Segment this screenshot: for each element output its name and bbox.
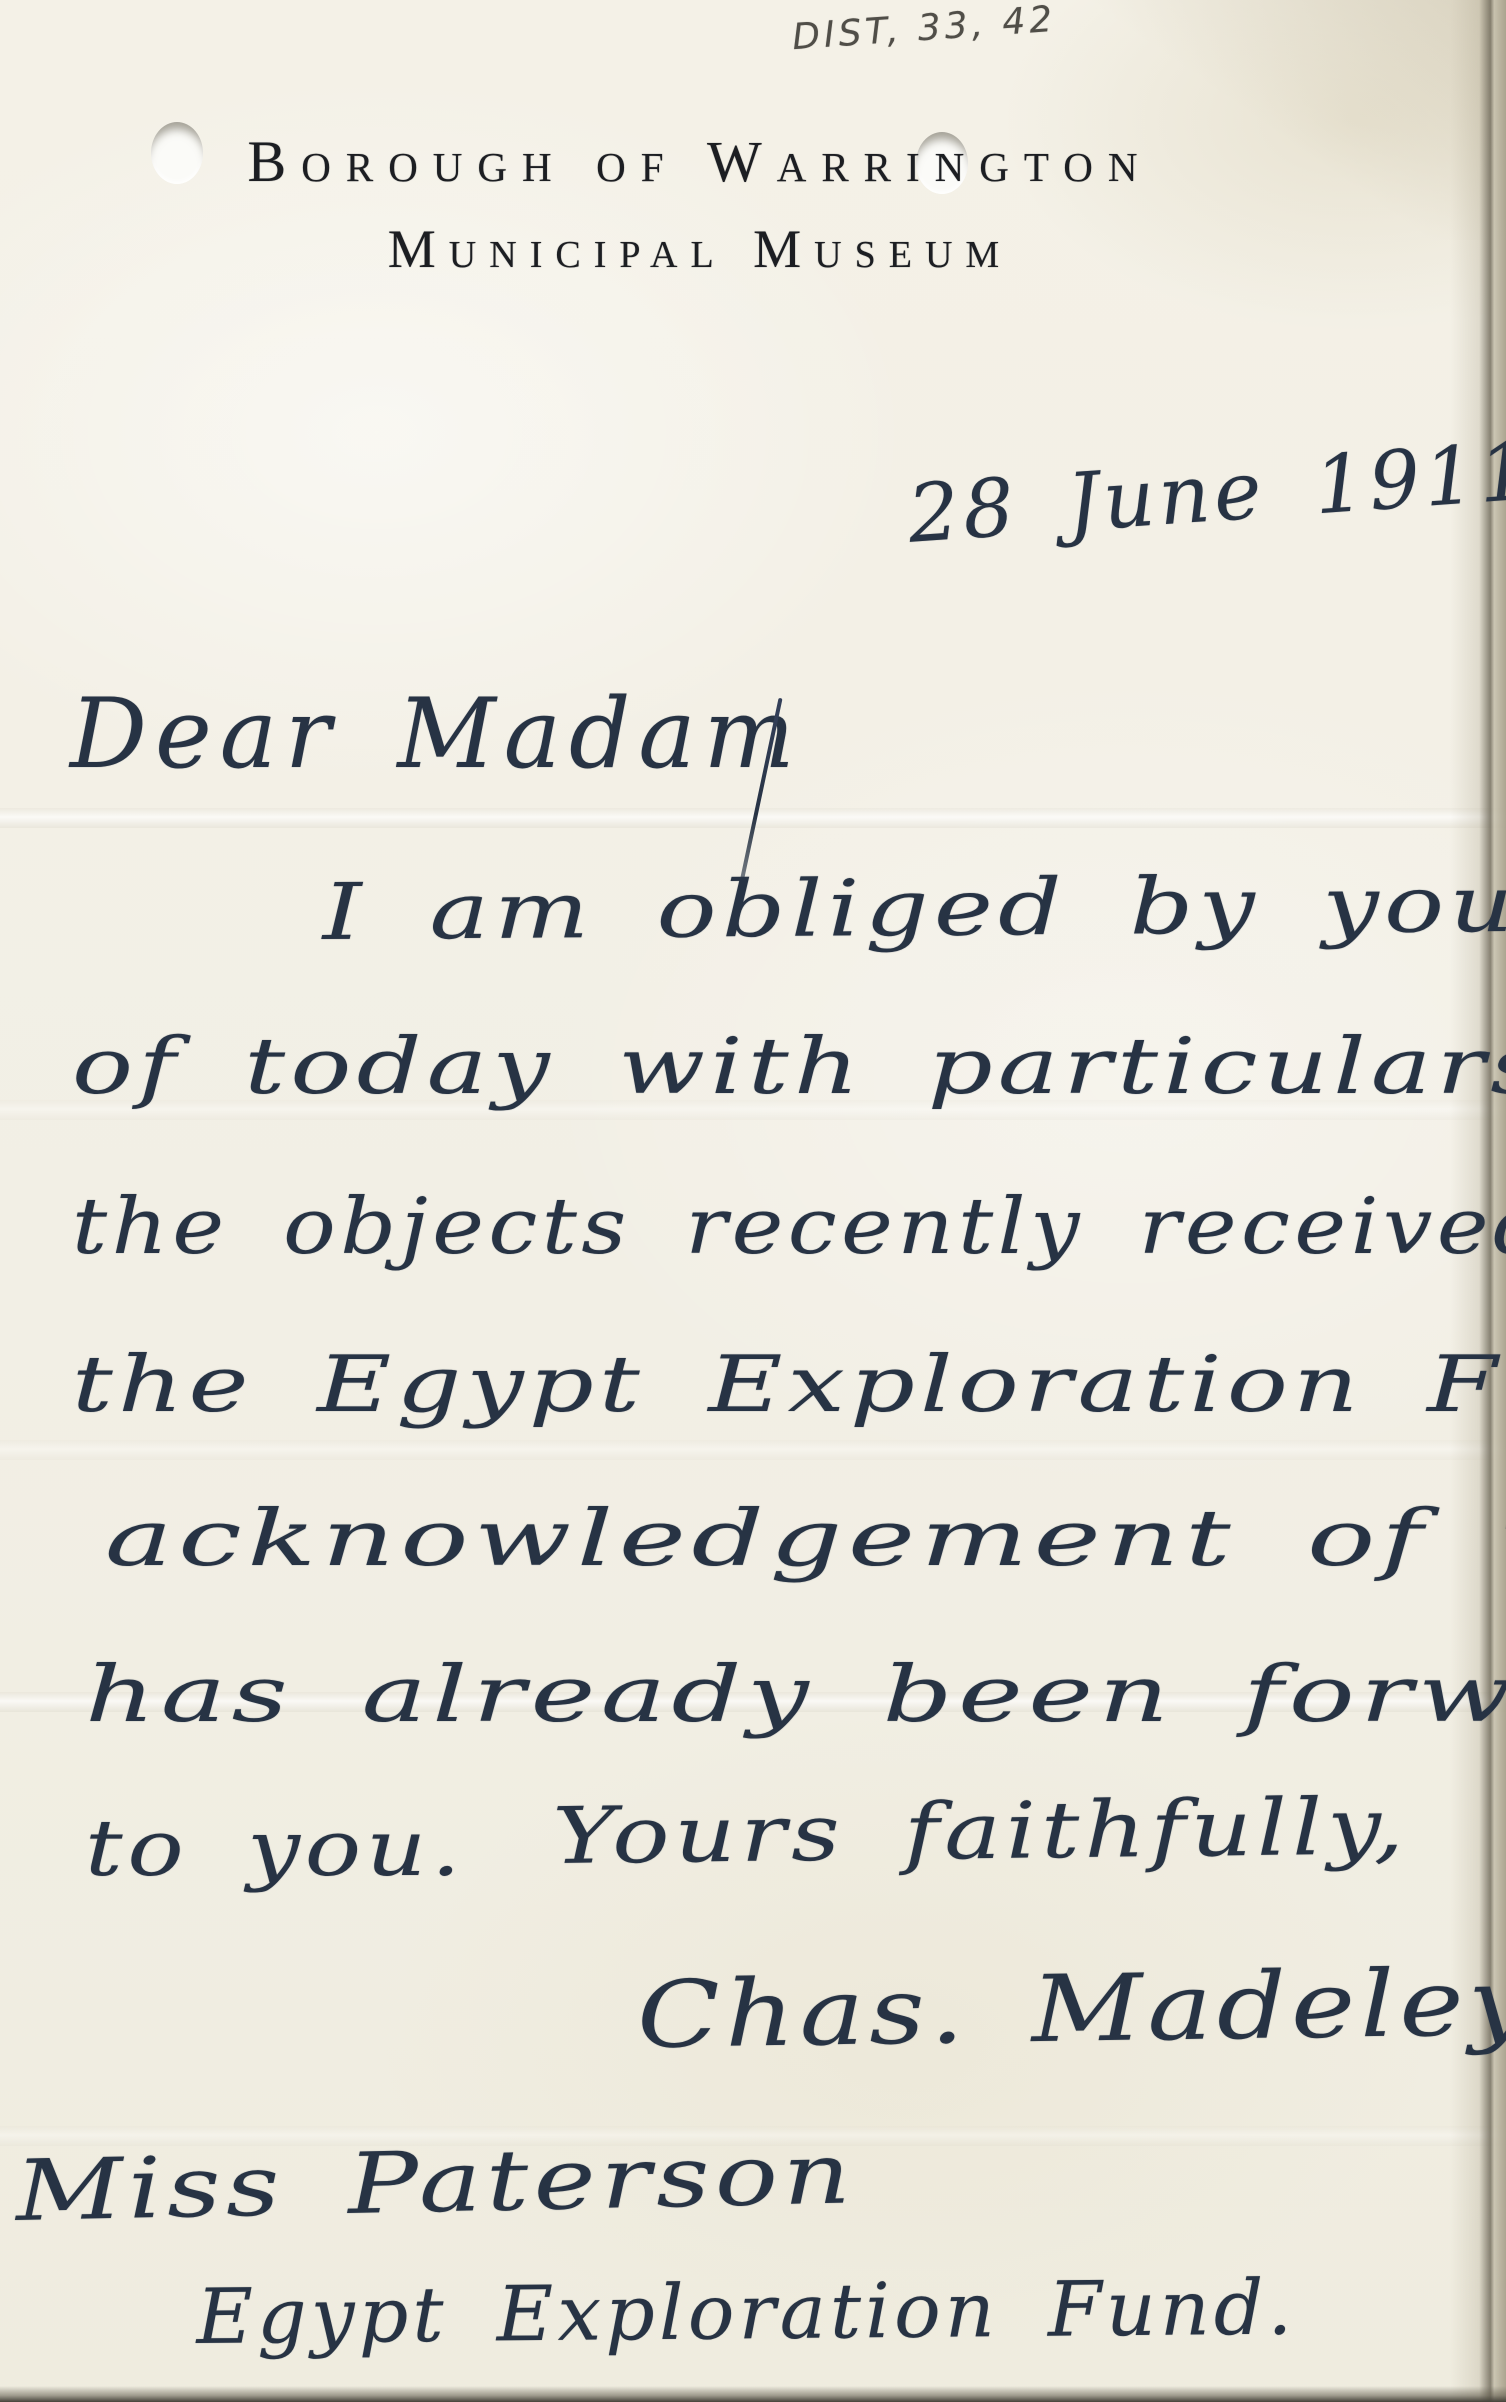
archival-note: DIST, 33, 42 <box>791 0 1058 58</box>
letterhead-museum: Municipal Museum <box>0 218 1400 280</box>
recipient-name: Miss Paterson <box>14 2124 857 2240</box>
recipient-organisation: Egypt Exploration Fund. <box>196 2263 1297 2361</box>
body-line: the objects recently received from <box>72 1182 1506 1272</box>
crease-line <box>0 1440 1506 1460</box>
closing: Yours faithfully, <box>552 1782 1409 1882</box>
salutation: Dear Madam <box>70 678 803 790</box>
corner-shade <box>1086 0 1506 240</box>
letterhead-borough: Borough of Warrington <box>0 128 1400 195</box>
body-line: of today with particulars of <box>72 1022 1506 1112</box>
body-line: the Egypt Exploration Fund. <box>72 1340 1506 1430</box>
signature: Chas. Madeley. <box>636 1948 1506 2069</box>
date-line: 28 June 1911. <box>905 422 1506 561</box>
body-line: acknowledgement of which <box>105 1494 1506 1584</box>
paper-edge-bottom <box>0 2386 1506 2402</box>
letter-page: DIST, 33, 42 Borough of Warrington Munic… <box>0 0 1506 2402</box>
body-line: to you. <box>85 1804 466 1894</box>
body-line: I am obliged by yours <box>322 859 1506 958</box>
body-line: has already been forwarded <box>85 1650 1506 1740</box>
